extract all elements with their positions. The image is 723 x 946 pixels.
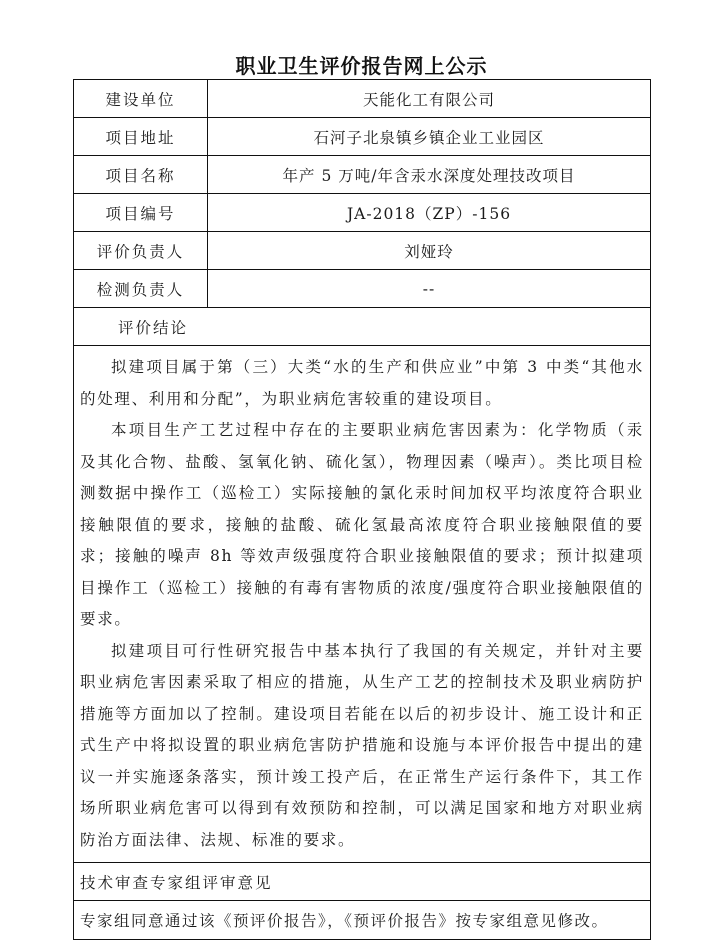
- field-value: --: [208, 270, 651, 308]
- table-row-conclusion-body: 拟建项目属于第（三）大类“水的生产和供应业”中第 3 中类“其他水的处理、利用和…: [74, 346, 651, 863]
- table-row-expert-review-header: 技术审查专家组评审意见: [74, 863, 651, 901]
- conclusion-paragraph: 本项目生产工艺过程中存在的主要职业病危害因素为：化学物质（汞及其化合物、盐酸、氢…: [80, 415, 644, 636]
- field-label: 项目名称: [74, 156, 208, 194]
- conclusion-paragraph: 拟建项目属于第（三）大类“水的生产和供应业”中第 3 中类“其他水的处理、利用和…: [80, 352, 644, 415]
- field-value: 石河子北泉镇乡镇企业工业园区: [208, 118, 651, 156]
- table-row-testing-lead: 检测负责人 --: [74, 270, 651, 308]
- table-row-project-address: 项目地址 石河子北泉镇乡镇企业工业园区: [74, 118, 651, 156]
- field-label: 评价负责人: [74, 232, 208, 270]
- conclusion-text: 拟建项目属于第（三）大类“水的生产和供应业”中第 3 中类“其他水的处理、利用和…: [74, 346, 651, 863]
- conclusion-paragraph: 拟建项目可行性研究报告中基本执行了我国的有关规定，并针对主要职业病危害因素采取了…: [80, 636, 644, 857]
- field-value: 年产 5 万吨/年含汞水深度处理技改项目: [208, 156, 651, 194]
- table-row-construction-unit: 建设单位 天能化工有限公司: [74, 80, 651, 118]
- field-value: 刘娅玲: [208, 232, 651, 270]
- page-title: 职业卫生评价报告网上公示: [0, 50, 723, 79]
- table-row-evaluation-lead: 评价负责人 刘娅玲: [74, 232, 651, 270]
- expert-review-label: 技术审查专家组评审意见: [74, 863, 651, 901]
- expert-review-text: 专家组同意通过该《预评价报告》，《预评价报告》按专家组意见修改。: [74, 901, 651, 940]
- conclusion-label: 评价结论: [74, 308, 651, 346]
- field-value: JA-2018（ZP）-156: [208, 194, 651, 232]
- field-value: 天能化工有限公司: [208, 80, 651, 118]
- field-label: 项目地址: [74, 118, 208, 156]
- field-label: 检测负责人: [74, 270, 208, 308]
- field-label: 项目编号: [74, 194, 208, 232]
- table-row-expert-review-body: 专家组同意通过该《预评价报告》，《预评价报告》按专家组意见修改。: [74, 901, 651, 940]
- table-row-project-number: 项目编号 JA-2018（ZP）-156: [74, 194, 651, 232]
- table-row-project-name: 项目名称 年产 5 万吨/年含汞水深度处理技改项目: [74, 156, 651, 194]
- field-label: 建设单位: [74, 80, 208, 118]
- disclosure-table: 建设单位 天能化工有限公司 项目地址 石河子北泉镇乡镇企业工业园区 项目名称 年…: [73, 79, 651, 940]
- table-row-conclusion-header: 评价结论: [74, 308, 651, 346]
